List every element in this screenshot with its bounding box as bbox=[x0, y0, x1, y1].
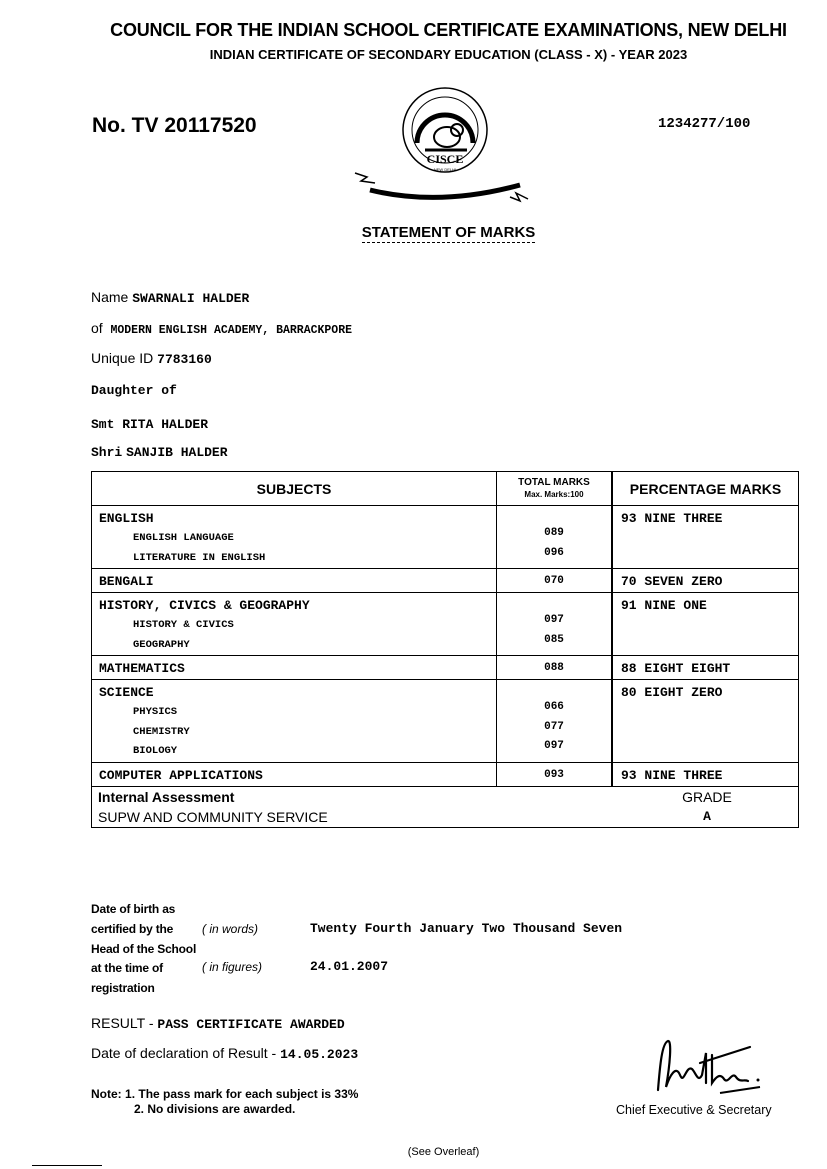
mother-prefix: Smt bbox=[91, 417, 114, 432]
subject-row: COMPUTER APPLICATIONS09393 NINE THREE bbox=[92, 762, 798, 786]
percentage-header: PERCENTAGE MARKS bbox=[612, 472, 798, 506]
percentage-marks: 93 NINE THREE bbox=[621, 763, 798, 786]
note-2: 2. No divisions are awarded. bbox=[134, 1102, 295, 1116]
marks-cell: 097085 bbox=[497, 593, 613, 656]
school-name: MODERN ENGLISH ACADEMY, BARRACKPORE bbox=[110, 324, 352, 337]
marks-cell: 066077097 bbox=[497, 680, 613, 763]
component-marks: 089 bbox=[497, 524, 611, 544]
council-heading: COUNCIL FOR THE INDIAN SCHOOL CERTIFICAT… bbox=[0, 20, 827, 41]
dob-label-5: registration bbox=[91, 981, 155, 995]
note-item: 1. The pass mark for each subject is 33% bbox=[125, 1087, 358, 1101]
percentage-cell: 93 NINE THREE bbox=[612, 506, 798, 569]
cisce-emblem-icon: CISCE NEW DELHI bbox=[345, 85, 535, 215]
statement-title: STATEMENT OF MARKS bbox=[0, 224, 827, 241]
subject-marks: 070 bbox=[497, 569, 611, 592]
note-1: Note: 1. The pass mark for each subject … bbox=[91, 1087, 358, 1101]
father-name: SANJIB HALDER bbox=[126, 445, 227, 460]
percentage-cell: 80 EIGHT ZERO bbox=[612, 680, 798, 763]
component-marks: 096 bbox=[497, 544, 611, 564]
subject-marks bbox=[497, 593, 611, 611]
declaration-date: 14.05.2023 bbox=[280, 1047, 358, 1062]
dob-in-figures: 24.01.2007 bbox=[310, 959, 388, 974]
signatory-title: Chief Executive & Secretary bbox=[616, 1103, 772, 1117]
subject-name: SCIENCE bbox=[99, 680, 496, 703]
subject-row: HISTORY, CIVICS & GEOGRAPHYHISTORY & CIV… bbox=[92, 593, 798, 656]
father-line: Shri SANJIB HALDER bbox=[91, 443, 228, 460]
declaration-line: Date of declaration of Result - 14.05.20… bbox=[91, 1045, 358, 1062]
svg-text:NEW DELHI: NEW DELHI bbox=[434, 167, 456, 172]
dob-figures-label: ( in figures) bbox=[202, 960, 262, 974]
statement-title-text: STATEMENT OF MARKS bbox=[362, 224, 536, 243]
relation-text: Daughter of bbox=[91, 383, 177, 398]
subject-marks bbox=[497, 506, 611, 524]
percentage-marks: 88 EIGHT EIGHT bbox=[621, 656, 798, 679]
activity-name: SUPW AND COMMUNITY SERVICE bbox=[92, 807, 616, 827]
note-label: Note: bbox=[91, 1087, 122, 1101]
subject-cell: SCIENCEPHYSICSCHEMISTRYBIOLOGY bbox=[92, 680, 497, 763]
max-marks-label: Max. Marks:100 bbox=[497, 489, 611, 501]
candidate-name: SWARNALI HALDER bbox=[132, 291, 249, 306]
subject-cell: MATHEMATICS bbox=[92, 656, 497, 680]
grade-label: GRADE bbox=[616, 787, 798, 807]
dob-in-words: Twenty Fourth January Two Thousand Seven bbox=[310, 921, 622, 936]
dob-label-2: certified by the bbox=[91, 922, 173, 936]
component-name: ENGLISH LANGUAGE bbox=[99, 529, 496, 549]
unique-id-line: Unique ID 7783160 bbox=[91, 350, 212, 367]
subject-marks bbox=[497, 680, 611, 698]
subject-row: SCIENCEPHYSICSCHEMISTRYBIOLOGY 066077097… bbox=[92, 680, 798, 763]
subject-marks: 088 bbox=[497, 656, 611, 679]
component-marks: 085 bbox=[497, 631, 611, 651]
dob-label-1: Date of birth as bbox=[91, 902, 175, 916]
component-name: HISTORY & CIVICS bbox=[99, 616, 496, 636]
component-marks: 066 bbox=[497, 698, 611, 718]
candidate-name-line: Name SWARNALI HALDER bbox=[91, 289, 249, 306]
mother-name: RITA HALDER bbox=[122, 417, 208, 432]
component-marks: 077 bbox=[497, 718, 611, 738]
see-overleaf: (See Overleaf) bbox=[0, 1146, 827, 1158]
marks-cell: 093 bbox=[497, 762, 613, 786]
internal-assessment-label: Internal Assessment bbox=[92, 787, 616, 807]
subject-row: BENGALI07070 SEVEN ZERO bbox=[92, 569, 798, 593]
percentage-marks: 93 NINE THREE bbox=[621, 506, 798, 529]
declaration-label: Date of declaration of Result - bbox=[91, 1045, 276, 1061]
subject-name: BENGALI bbox=[99, 569, 496, 592]
unique-id: 7783160 bbox=[157, 352, 212, 367]
component-name: CHEMISTRY bbox=[99, 723, 496, 743]
relation-line: Daughter of bbox=[91, 381, 177, 398]
subject-cell: ENGLISHENGLISH LANGUAGELITERATURE IN ENG… bbox=[92, 506, 497, 569]
uid-label: Unique ID bbox=[91, 350, 153, 366]
name-label: Name bbox=[91, 289, 128, 305]
subjects-header: SUBJECTS bbox=[92, 472, 497, 506]
percentage-cell: 70 SEVEN ZERO bbox=[612, 569, 798, 593]
subject-name: COMPUTER APPLICATIONS bbox=[99, 763, 496, 786]
percentage-cell: 91 NINE ONE bbox=[612, 593, 798, 656]
percentage-cell: 88 EIGHT EIGHT bbox=[612, 656, 798, 680]
result-value: PASS CERTIFICATE AWARDED bbox=[157, 1017, 344, 1032]
percentage-marks: 91 NINE ONE bbox=[621, 593, 798, 616]
percentage-marks: 70 SEVEN ZERO bbox=[621, 569, 798, 592]
component-name: LITERATURE IN ENGLISH bbox=[99, 549, 496, 569]
dob-label-4: at the time of bbox=[91, 961, 163, 975]
subject-marks: 093 bbox=[497, 763, 611, 786]
dob-words-label: ( in words) bbox=[202, 922, 258, 936]
component-marks: 097 bbox=[497, 737, 611, 757]
percentage-cell: 93 NINE THREE bbox=[612, 762, 798, 786]
total-marks-label: TOTAL MARKS bbox=[497, 477, 611, 489]
certificate-number: No. TV 20117520 bbox=[92, 114, 257, 138]
mother-line: Smt RITA HALDER bbox=[91, 415, 208, 432]
marks-table: SUBJECTS TOTAL MARKSMax. Marks:100 PERCE… bbox=[91, 471, 799, 828]
component-name: PHYSICS bbox=[99, 703, 496, 723]
footer-rule bbox=[32, 1165, 102, 1166]
serial-number: 1234277/100 bbox=[658, 116, 750, 132]
marks-cell: 088 bbox=[497, 656, 613, 680]
subject-cell: COMPUTER APPLICATIONS bbox=[92, 762, 497, 786]
school-line: of MODERN ENGLISH ACADEMY, BARRACKPORE bbox=[91, 320, 352, 337]
subject-name: HISTORY, CIVICS & GEOGRAPHY bbox=[99, 593, 496, 616]
marks-cell: 070 bbox=[497, 569, 613, 593]
dob-label-3: Head of the School bbox=[91, 942, 196, 956]
svg-text:CISCE: CISCE bbox=[427, 152, 464, 166]
subject-name: ENGLISH bbox=[99, 506, 496, 529]
component-name: GEOGRAPHY bbox=[99, 636, 496, 656]
subject-row: MATHEMATICS08888 EIGHT EIGHT bbox=[92, 656, 798, 680]
result-line: RESULT - PASS CERTIFICATE AWARDED bbox=[91, 1015, 345, 1032]
subject-cell: BENGALI bbox=[92, 569, 497, 593]
component-marks: 097 bbox=[497, 611, 611, 631]
percentage-marks: 80 EIGHT ZERO bbox=[621, 680, 798, 703]
school-label: of bbox=[91, 320, 103, 336]
subject-cell: HISTORY, CIVICS & GEOGRAPHYHISTORY & CIV… bbox=[92, 593, 497, 656]
signature-icon bbox=[640, 1035, 770, 1095]
internal-assessment: Internal Assessment GRADE SUPW AND COMMU… bbox=[92, 787, 798, 827]
exam-subheading: INDIAN CERTIFICATE OF SECONDARY EDUCATIO… bbox=[0, 47, 827, 62]
father-prefix: Shri bbox=[91, 445, 122, 460]
activity-grade: A bbox=[616, 807, 798, 827]
total-marks-header: TOTAL MARKSMax. Marks:100 bbox=[497, 472, 613, 506]
component-name: BIOLOGY bbox=[99, 742, 496, 762]
subject-row: ENGLISHENGLISH LANGUAGELITERATURE IN ENG… bbox=[92, 506, 798, 569]
marks-cell: 089096 bbox=[497, 506, 613, 569]
result-label: RESULT - bbox=[91, 1015, 154, 1031]
subject-name: MATHEMATICS bbox=[99, 656, 496, 679]
